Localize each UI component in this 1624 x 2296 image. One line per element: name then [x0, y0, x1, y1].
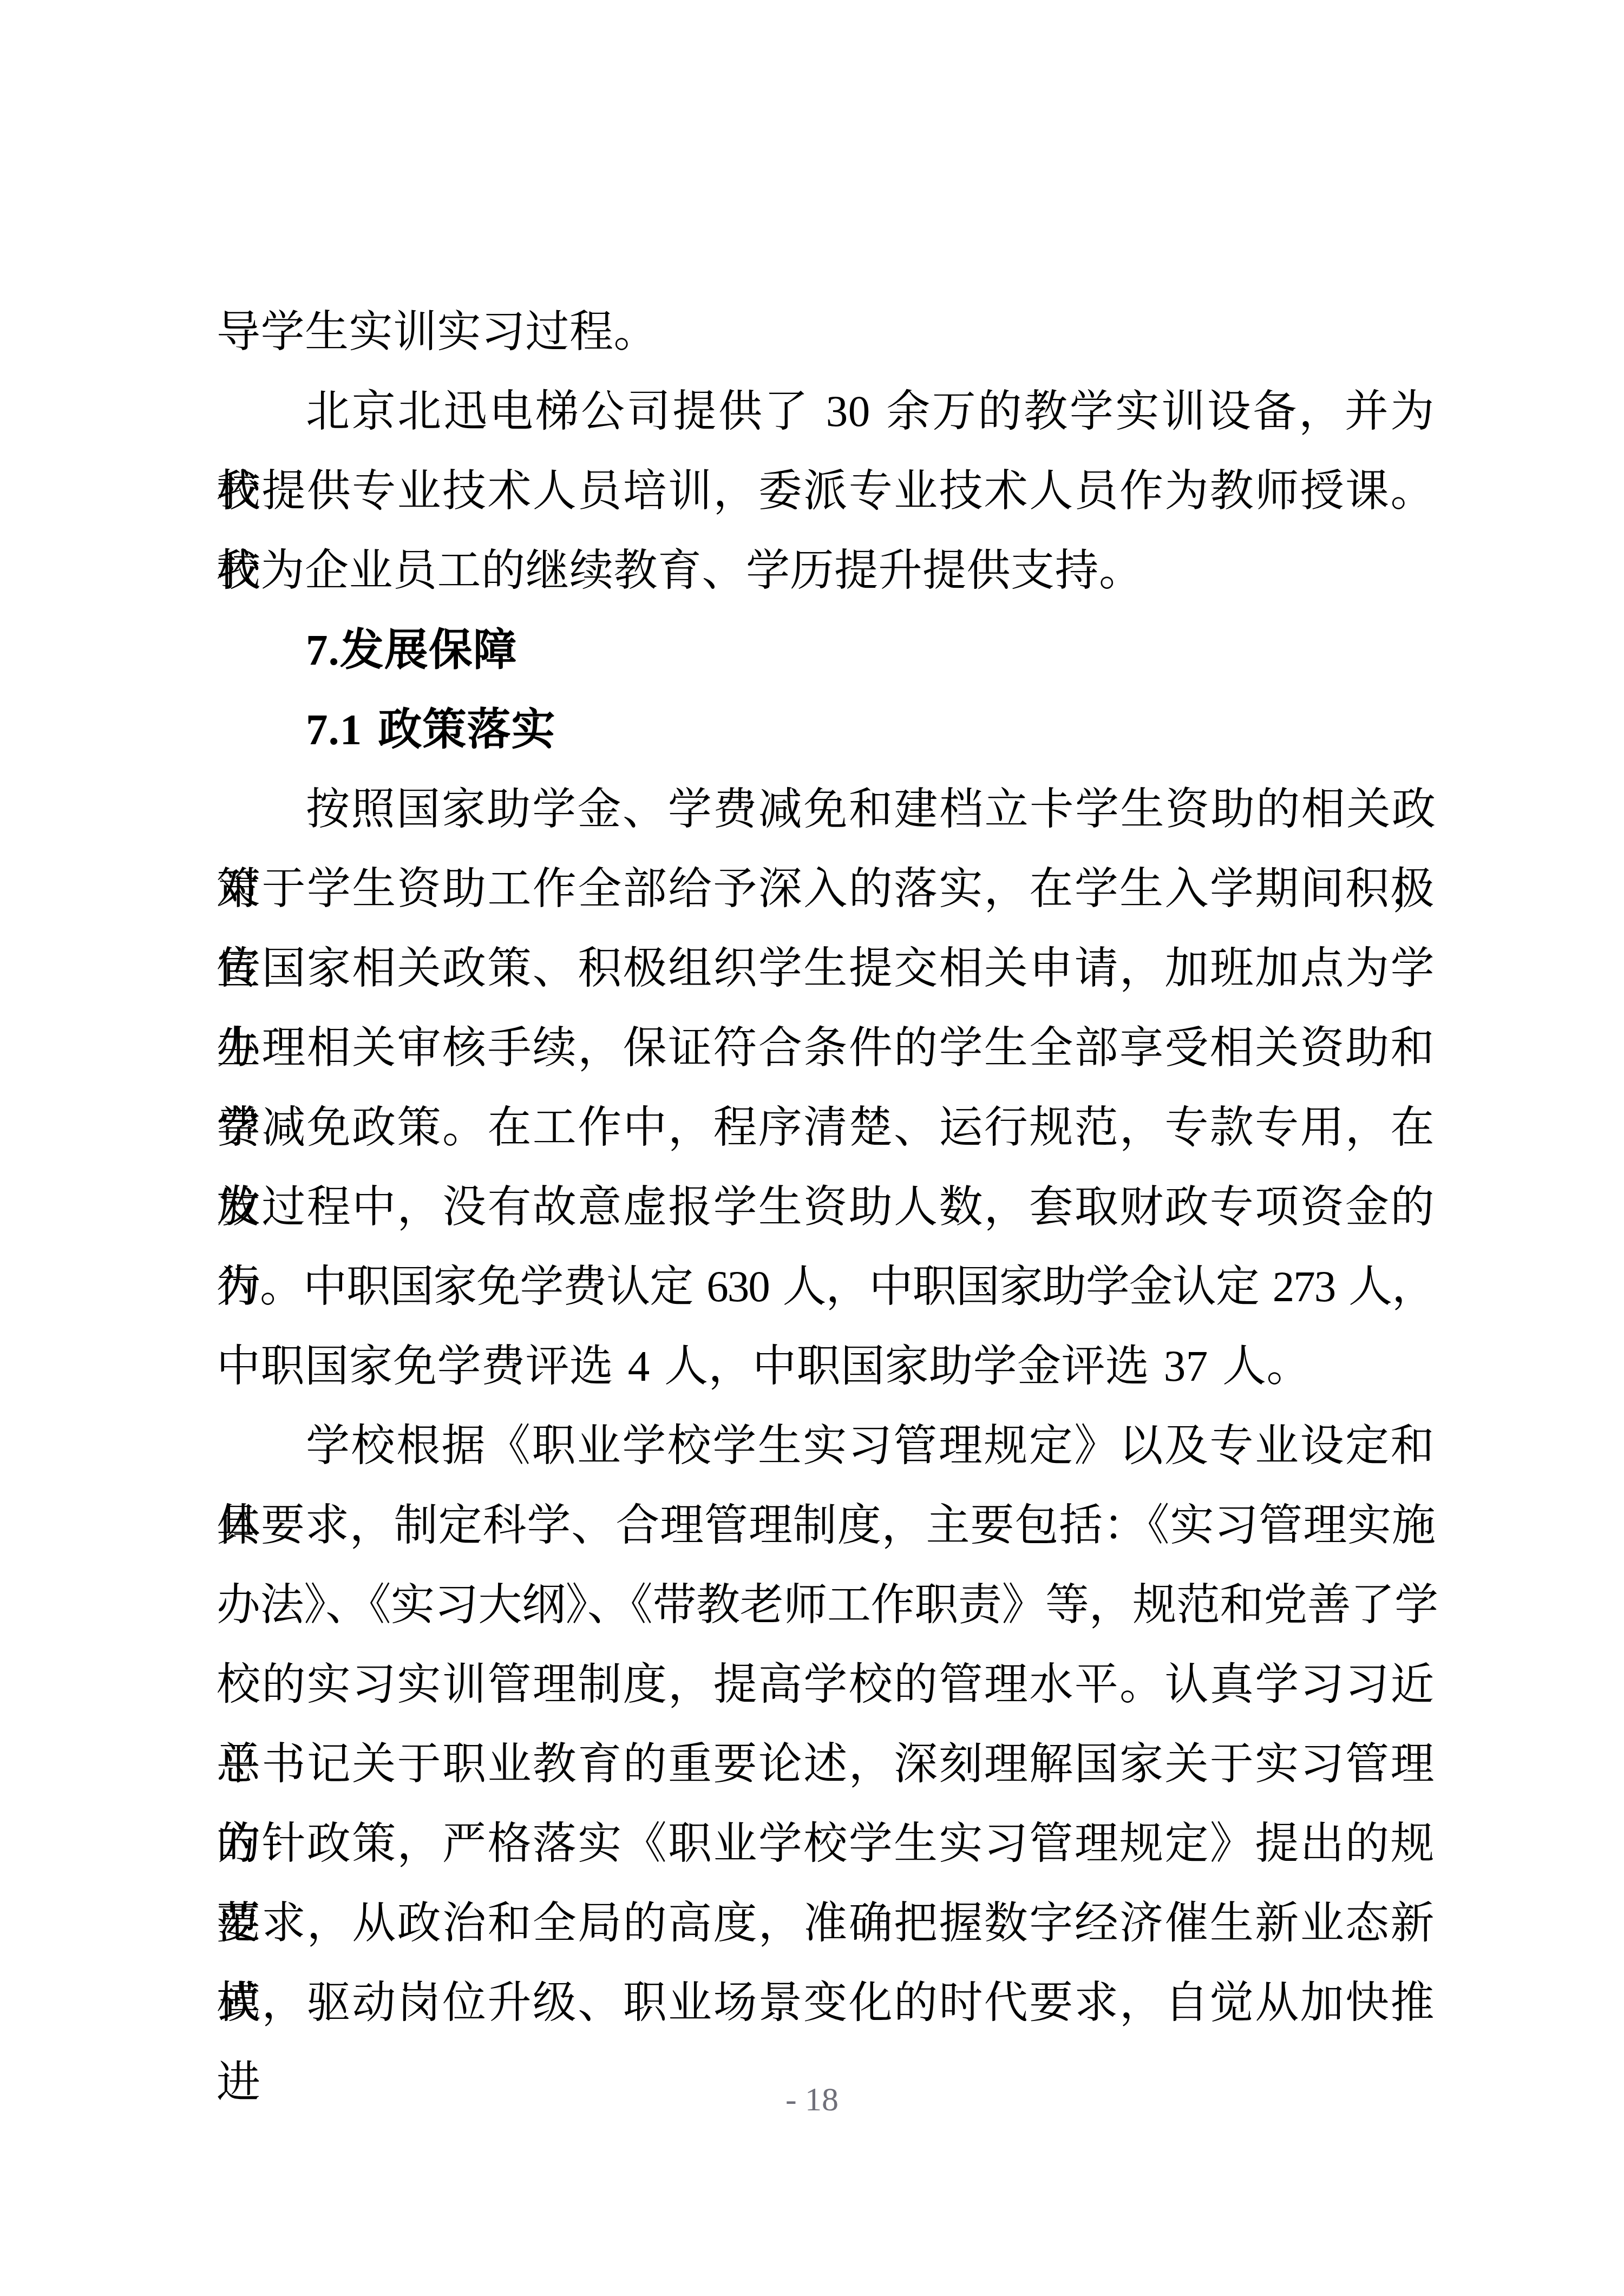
- text-line: 校的实习实训管理制度，提高学校的管理水平。认真学习习近平: [217, 1645, 1435, 1724]
- text-line: 校提供专业技术人员培训，委派专业技术人员作为教师授课。我: [217, 451, 1435, 531]
- text-line: 办法》、《实习大纲》、《带教老师工作职责》等，规范和党善了学: [217, 1565, 1435, 1645]
- document-page: 导学生实训实习过程。北京北迅电梯公司提供了 30 余万的教学实训设备，并为我校提…: [0, 0, 1624, 2296]
- text-line: 费减免政策。在工作中，程序清楚、运行规范，专款专用，在发: [217, 1088, 1435, 1167]
- text-line: 学校根据《职业学校学生实习管理规定》以及专业设定和具: [217, 1406, 1435, 1486]
- text-line: 办理相关审核手续，保证符合条件的学生全部享受相关资助和学: [217, 1008, 1435, 1088]
- text-line: 对于学生资助工作全部给予深入的落实，在学生入学期间积极宣: [217, 849, 1435, 929]
- page-number: - 18: [0, 2079, 1624, 2120]
- section-heading: 7.1 政策落实: [217, 690, 1435, 770]
- text-line: 导学生实训实习过程。: [217, 292, 1435, 372]
- text-line: 要求，从政治和全局的高度，准确把握数字经济催生新业态新模: [217, 1884, 1435, 1963]
- text-line: 总书记关于职业教育的重要论述，深刻理解国家关于实习管理的: [217, 1724, 1435, 1804]
- text-line: 体要求，制定科学、合理管理制度，主要包括：《实习管理实施: [217, 1486, 1435, 1565]
- text-line: 按照国家助学金、学费减免和建档立卡学生资助的相关政策，: [217, 770, 1435, 849]
- text-line: 式，驱动岗位升级、职业场景变化的时代要求，自觉从加快推进: [217, 1963, 1435, 2043]
- text-line: 北京北迅电梯公司提供了 30 余万的教学实训设备，并为我: [217, 372, 1435, 451]
- text-line: 方针政策，严格落实《职业学校学生实习管理规定》提出的规范: [217, 1804, 1435, 1884]
- text-line: 为。中职国家免学费认定 630 人，中职国家助学金认定 273 人，: [217, 1247, 1435, 1327]
- text-line: 校为企业员工的继续教育、学历提升提供支持。: [217, 531, 1435, 611]
- text-line: 中职国家免学费评选 4 人，中职国家助学金评选 37 人。: [217, 1327, 1435, 1406]
- section-heading: 7.发展保障: [217, 611, 1435, 690]
- document-body: 导学生实训实习过程。北京北迅电梯公司提供了 30 余万的教学实训设备，并为我校提…: [217, 292, 1435, 2043]
- text-line: 传国家相关政策、积极组织学生提交相关申请，加班加点为学生: [217, 929, 1435, 1008]
- text-line: 放过程中，没有故意虚报学生资助人数，套取财政专项资金的行: [217, 1167, 1435, 1247]
